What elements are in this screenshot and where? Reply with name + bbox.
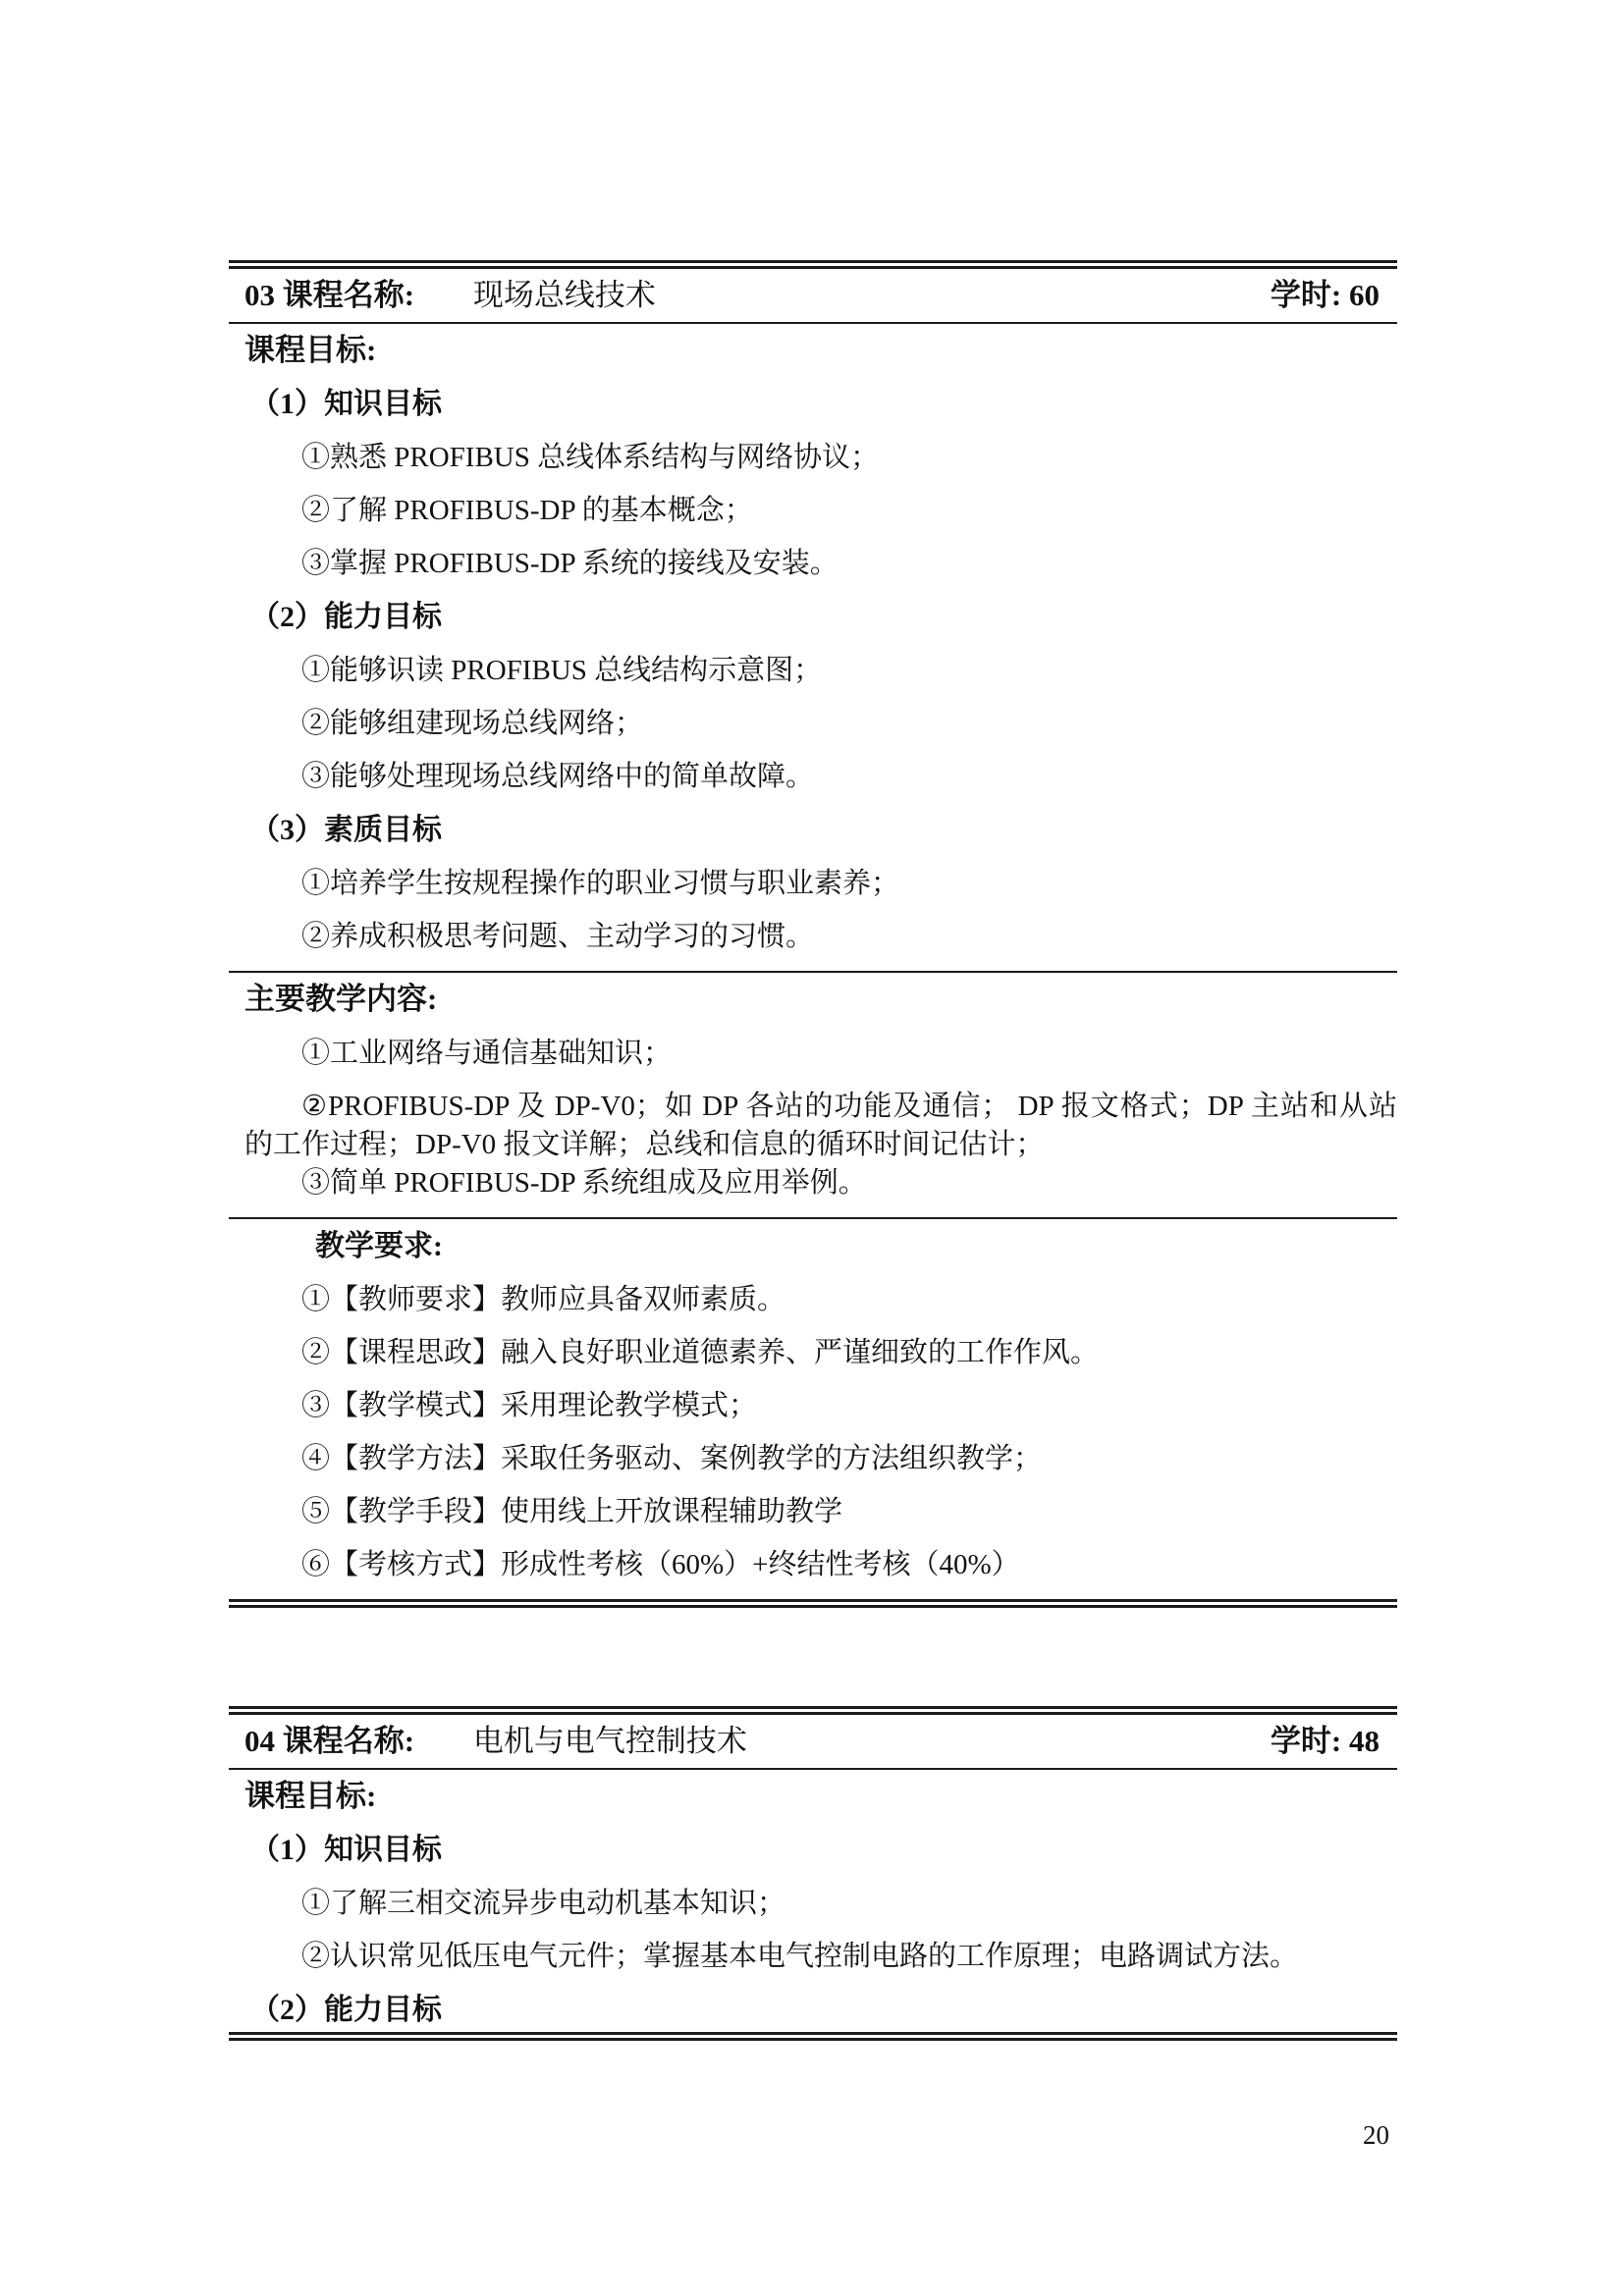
- section-gap: [229, 1608, 1397, 1706]
- requirement-item: ③【教学模式】采用理论教学模式；: [229, 1387, 1397, 1425]
- course-03-quality-goals-title: （3）素质目标: [229, 811, 1397, 850]
- course-04-name: 电机与电气控制技术: [473, 1724, 747, 1758]
- section-04-bottom-rule: [229, 2032, 1397, 2041]
- course-03-goals-heading: 课程目标:: [229, 330, 1397, 371]
- section-04-header: 04 课程名称: 电机与电气控制技术 学时: 48: [229, 1715, 1397, 1768]
- course-04-knowledge-goals-title: （1）知识目标: [229, 1831, 1397, 1870]
- section-03-header: 03 课程名称: 现场总线技术 学时: 60: [229, 269, 1397, 322]
- course-03-knowledge-goals-title: （1）知识目标: [229, 385, 1397, 424]
- knowledge-goal-item: ②认识常见低压电气元件；掌握基本电气控制电路的工作原理；电路调试方法。: [229, 1938, 1397, 1976]
- course-03-name: 现场总线技术: [473, 278, 656, 312]
- requirement-item: ①【教师要求】教师应具备双师素质。: [229, 1281, 1397, 1319]
- content-item: ①工业网络与通信基础知识；: [229, 1035, 1397, 1073]
- knowledge-goal-item: ③掌握 PROFIBUS-DP 系统的接线及安装。: [229, 545, 1397, 583]
- section-04-top-rule: [229, 1706, 1397, 1715]
- content-item: ③简单 PROFIBUS-DP 系统组成及应用举例。: [229, 1164, 1397, 1202]
- course-03-ability-goals-title: （2）能力目标: [229, 598, 1397, 637]
- ability-goal-item: ③能够处理现场总线网络中的简单故障。: [229, 758, 1397, 796]
- page-number: 20: [1363, 2120, 1389, 2151]
- section-03-top-rule: [229, 260, 1397, 269]
- course-03-number-label: 03 课程名称:: [244, 278, 414, 312]
- section-03-content-rule: [229, 971, 1397, 973]
- content-item: ②PROFIBUS-DP 及 DP-V0；如 DP 各站的功能及通信； DP 报…: [229, 1088, 1397, 1164]
- course-04-ability-goals-title: （2）能力目标: [229, 1991, 1397, 2030]
- knowledge-goal-item: ②了解 PROFIBUS-DP 的基本概念；: [229, 492, 1397, 530]
- section-03-header-rule: [229, 322, 1397, 324]
- document-page: 03 课程名称: 现场总线技术 学时: 60 课程目标: （1）知识目标 ①熟悉…: [0, 0, 1624, 2296]
- ability-goal-item: ①能够识读 PROFIBUS 总线结构示意图；: [229, 652, 1397, 690]
- section-03-bottom-rule: [229, 1599, 1397, 1608]
- section-03-requirements-rule: [229, 1217, 1397, 1219]
- knowledge-goal-item: ①了解三相交流异步电动机基本知识；: [229, 1885, 1397, 1923]
- course-03-content-heading: 主要教学内容:: [229, 979, 1397, 1020]
- knowledge-goal-item: ①熟悉 PROFIBUS 总线体系结构与网络协议；: [229, 439, 1397, 477]
- quality-goal-item: ①培养学生按规程操作的职业习惯与职业素养；: [229, 865, 1397, 903]
- course-04-goals-heading: 课程目标:: [229, 1776, 1397, 1817]
- quality-goal-item: ②养成积极思考问题、主动学习的习惯。: [229, 918, 1397, 956]
- course-04-number-label: 04 课程名称:: [244, 1724, 414, 1758]
- requirement-item: ⑥【考核方式】形成性考核（60%）+终结性考核（40%）: [229, 1546, 1397, 1584]
- document-content: 03 课程名称: 现场总线技术 学时: 60 课程目标: （1）知识目标 ①熟悉…: [229, 260, 1397, 2041]
- requirement-item: ④【教学方法】采取任务驱动、案例教学的方法组织教学；: [229, 1440, 1397, 1478]
- requirement-item: ⑤【教学手段】使用线上开放课程辅助教学: [229, 1493, 1397, 1531]
- course-03-requirements-heading: 教学要求:: [229, 1227, 1397, 1266]
- requirement-item: ②【课程思政】融入良好职业道德素养、严谨细致的工作作风。: [229, 1334, 1397, 1372]
- course-04-hours: 学时: 48: [1271, 1721, 1380, 1762]
- course-03-hours: 学时: 60: [1271, 275, 1380, 316]
- section-04-header-rule: [229, 1768, 1397, 1770]
- ability-goal-item: ②能够组建现场总线网络；: [229, 705, 1397, 743]
